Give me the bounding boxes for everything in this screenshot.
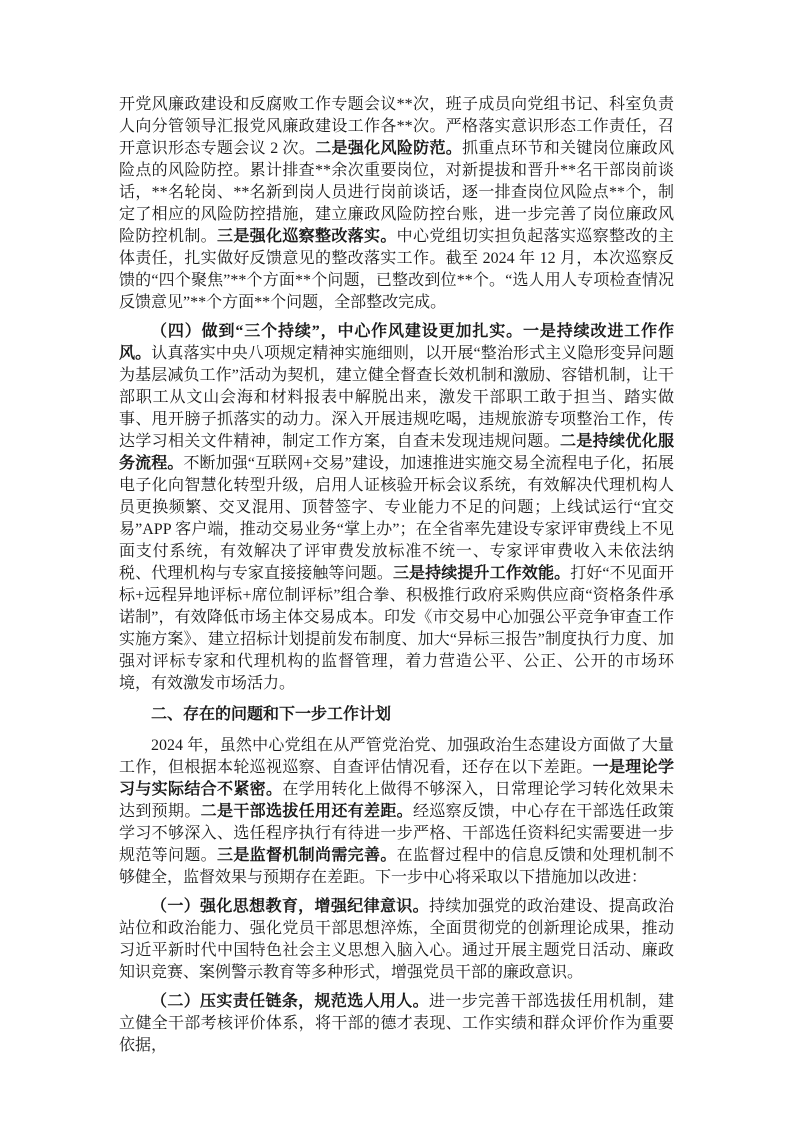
- document-page: 开党风廉政建设和反腐败工作专题会议**次，班子成员向党组书记、科室负责人向分管领…: [0, 0, 793, 1122]
- paragraph: 开党风廉政建设和反腐败工作专题会议**次，班子成员向党组书记、科室负责人向分管领…: [119, 94, 674, 314]
- text-run-bold: 二、存在的问题和下一步工作计划: [151, 706, 391, 723]
- text-run: 2024 年，虽然中心党组在从严管党治党、加强政治生态建设方面做了大量工作，但根…: [119, 737, 674, 776]
- text-run-bold: 三是持续提升工作效能。: [393, 565, 570, 582]
- paragraph: 2024 年，虽然中心党组在从严管党治党、加强政治生态建设方面做了大量工作，但根…: [119, 735, 674, 889]
- text-run-bold: （二）压实责任链条，规范选人用人。: [151, 993, 429, 1010]
- paragraph: （四）做到“三个持续”，中心作风建设更加扎实。一是持续改进工作作风。认真落实中央…: [119, 321, 674, 695]
- text-run-bold: 三是强化巡察整改落实。: [217, 228, 397, 245]
- paragraph: （二）压实责任链条，规范选人用人。进一步完善干部选拔任用机制，建立健全干部考核评…: [119, 991, 674, 1057]
- paragraph: （一）强化思想教育，增强纪律意识。持续加强党的政治建设、提高政治站位和政治能力、…: [119, 896, 674, 984]
- text-run: 打好“不见面开标+远程异地评标+席位制评标”组合拳、积极推行政府采购供应商“资格…: [119, 565, 674, 692]
- text-run: 不断加强“互联网+交易”建设，加速推进实施交易全流程电子化，拓展电子化向智慧化转…: [119, 455, 674, 582]
- text-run-bold: 三是监督机制尚需完善。: [217, 847, 397, 864]
- text-run-bold: 二是强化风险防范。: [315, 140, 462, 157]
- text-run-bold: （一）强化思想教育，增强纪律意识。: [151, 898, 429, 915]
- text-run-bold: 二是干部选拔任用还有差距。: [201, 803, 413, 820]
- document-content: 开党风廉政建设和反腐败工作专题会议**次，班子成员向党组书记、科室负责人向分管领…: [119, 94, 674, 1057]
- section-heading: 二、存在的问题和下一步工作计划: [119, 704, 674, 726]
